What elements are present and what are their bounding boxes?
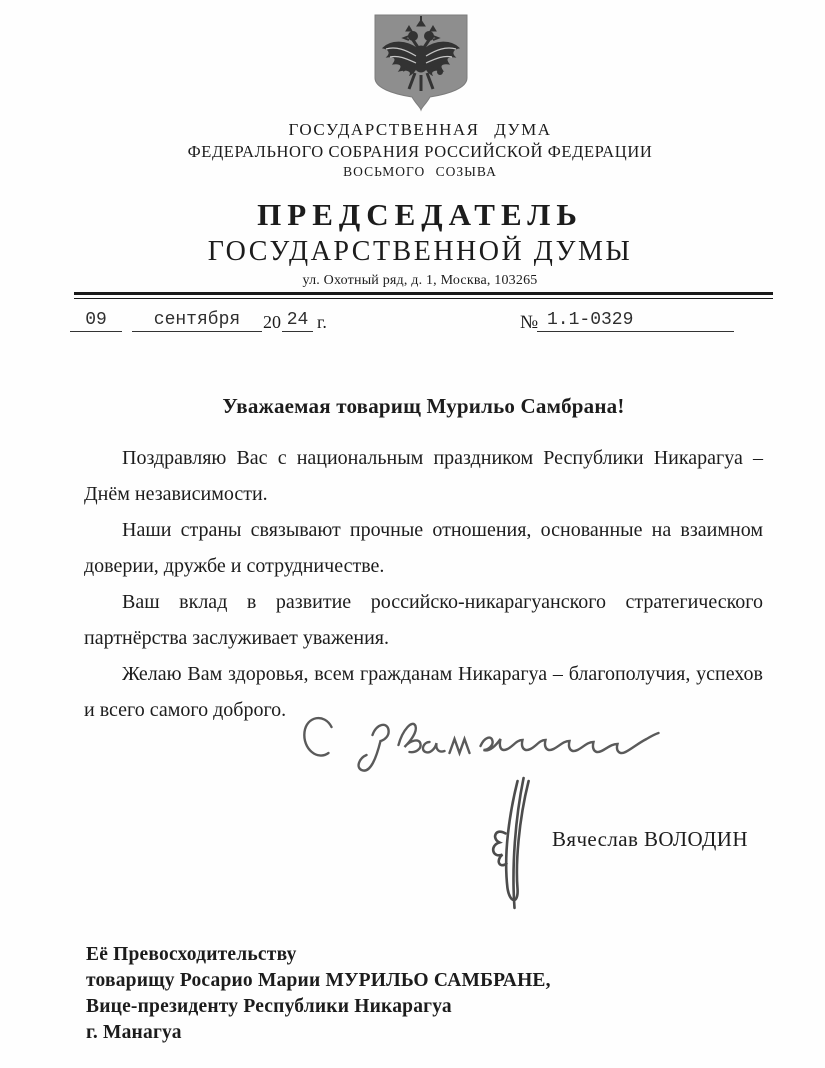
office-title-line1: ПРЕДСЕДАТЕЛЬ [60, 197, 780, 233]
recipient-block: Её Превосходительству товарищу Росарио М… [86, 942, 646, 1046]
org-name-line1: ГОСУДАРСТВЕННАЯ ДУМА [60, 119, 780, 141]
letterhead-address: ул. Охотный ряд, д. 1, Москва, 103265 [60, 273, 780, 289]
paragraph-2: Наши страны связывают прочные отношения,… [84, 513, 763, 584]
date-month-field: сентября [132, 310, 262, 332]
handwritten-closing: С уважением [295, 709, 685, 777]
russia-coat-of-arms-icon [372, 12, 470, 112]
org-convocation-line: ВОСЬМОГО СОЗЫВА [60, 162, 780, 182]
document-number-field: 1.1-0329 [537, 310, 734, 332]
date-year-label: г. [317, 312, 327, 333]
signature-flourish [486, 775, 542, 916]
org-name-line2: ФЕДЕРАЛЬНОГО СОБРАНИЯ РОССИЙСКОЙ ФЕДЕРАЦ… [60, 141, 780, 162]
reference-row: 09 сентября 20 24 г. № 1.1-0329 [0, 310, 825, 336]
letterhead-org-block: ГОСУДАРСТВЕННАЯ ДУМА ФЕДЕРАЛЬНОГО СОБРАН… [60, 119, 780, 182]
paragraph-1: Поздравляю Вас с национальным праздником… [84, 441, 763, 512]
date-day-field: 09 [70, 310, 122, 332]
paragraph-3: Ваш вклад в развитие российско-никарагуа… [84, 585, 763, 656]
recipient-line-3: Вице-президенту Республики Никарагуа [86, 994, 646, 1020]
salutation: Уважаемая товарищ Мурильо Самбрана! [84, 394, 763, 419]
document-number-label: № [520, 312, 538, 334]
office-title-line2: ГОСУДАРСТВЕННОЙ ДУМЫ [60, 236, 780, 268]
letter-page: ГОСУДАРСТВЕННАЯ ДУМА ФЕДЕРАЛЬНОГО СОБРАН… [0, 0, 825, 1068]
date-year-suffix-field: 24 [282, 310, 313, 332]
recipient-line-4: г. Манагуа [86, 1020, 646, 1046]
recipient-line-2: товарищу Росарио Марии МУРИЛЬО САМБРАНЕ, [86, 968, 646, 994]
letter-body: Поздравляю Вас с национальным праздником… [84, 441, 763, 729]
date-year-prefix: 20 [263, 312, 281, 333]
signer-name: Вячеслав ВОЛОДИН [552, 827, 748, 852]
recipient-line-1: Её Превосходительству [86, 942, 646, 968]
letterhead-divider-rule [74, 292, 773, 299]
